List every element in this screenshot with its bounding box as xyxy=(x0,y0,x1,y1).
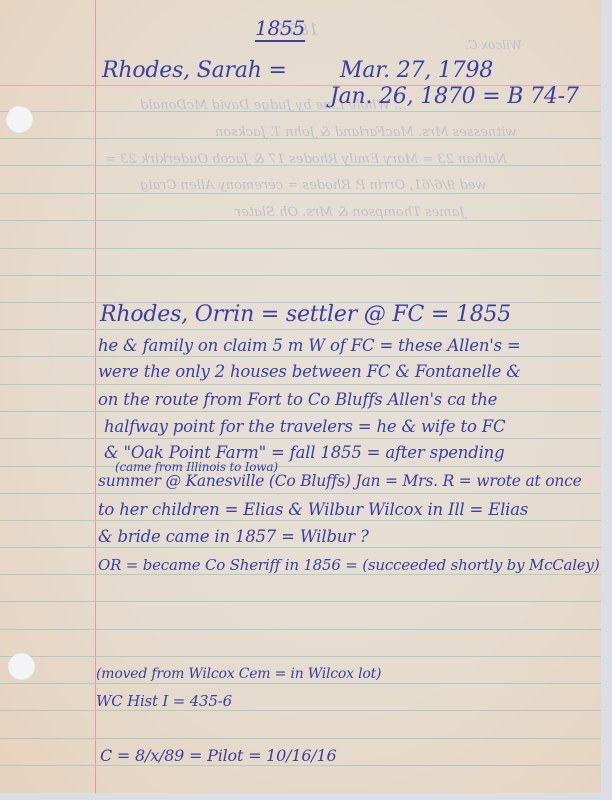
ruled-line xyxy=(0,220,601,221)
ruled-line xyxy=(0,601,601,602)
ruled-line xyxy=(0,248,601,249)
orrin-line-6: summer @ Kanesville (Co Bluffs) Jan = Mr… xyxy=(98,472,582,490)
ruled-line xyxy=(0,384,601,385)
ruled-line xyxy=(0,574,601,575)
ruled-line xyxy=(0,466,601,467)
ruled-line xyxy=(0,629,601,630)
orrin-line-3: on the route from Fort to Co Bluffs Alle… xyxy=(98,390,497,409)
bleed-through-line: Nathan 23 = Mary Emily Rhodes 17 & Jacob… xyxy=(105,152,507,167)
ruled-line xyxy=(0,520,601,521)
orrin-heading: Rhodes, Orrin = settler @ FC = 1855 xyxy=(100,302,511,327)
ruled-line xyxy=(0,493,601,494)
orrin-line-1: he & family on claim 5 m W of FC = these… xyxy=(98,336,521,355)
bleed-through-corner-note: Wilcox C. xyxy=(465,38,522,52)
ruled-line xyxy=(0,193,601,194)
moved-note: (moved from Wilcox Cem = in Wilcox lot) xyxy=(96,666,381,682)
sarah-birth-date: Mar. 27, 1798 xyxy=(340,58,493,83)
bleed-through-line: wed 9/6/61, Orrin P. Rhodes = ceremony A… xyxy=(140,178,487,193)
ruled-line xyxy=(0,438,601,439)
binder-hole-bottom xyxy=(8,653,35,680)
ruled-line xyxy=(0,765,601,766)
ruled-line xyxy=(0,738,601,739)
ruled-line xyxy=(0,275,601,276)
ruled-line xyxy=(0,411,601,412)
bleed-through-line: witnesses Mrs. MacFarland & John T. Jack… xyxy=(215,125,517,140)
citation-note: C = 8/x/89 = Pilot = 10/16/16 xyxy=(100,746,336,765)
ruled-line xyxy=(0,329,601,330)
binder-hole-top xyxy=(6,106,33,133)
history-reference: WC Hist I = 435-6 xyxy=(96,692,232,710)
ruled-line xyxy=(0,656,601,657)
ruled-line xyxy=(0,710,601,711)
orrin-line-8: & bride came in 1857 = Wilbur ? xyxy=(98,527,369,546)
ruled-line xyxy=(0,547,601,548)
notebook-page: 1855 Wilcox C. ... Whole Line by Judge D… xyxy=(0,0,601,793)
orrin-line-4: halfway point for the travelers = he & w… xyxy=(104,417,505,436)
orrin-line-2: were the only 2 houses between FC & Font… xyxy=(98,362,521,381)
sarah-death-date: Jan. 26, 1870 = B 74-7 xyxy=(330,84,579,109)
page-year: 1855 xyxy=(255,16,305,40)
ruled-line xyxy=(0,356,601,357)
sarah-name: Rhodes, Sarah = xyxy=(102,58,287,83)
ruled-line xyxy=(0,683,601,684)
orrin-line-7: to her children = Elias & Wilbur Wilcox … xyxy=(98,500,528,519)
orrin-line-9: OR = became Co Sheriff in 1856 = (succee… xyxy=(98,556,600,574)
bleed-through-line: James Thompson & Mrs. Oh Slater xyxy=(235,205,465,220)
